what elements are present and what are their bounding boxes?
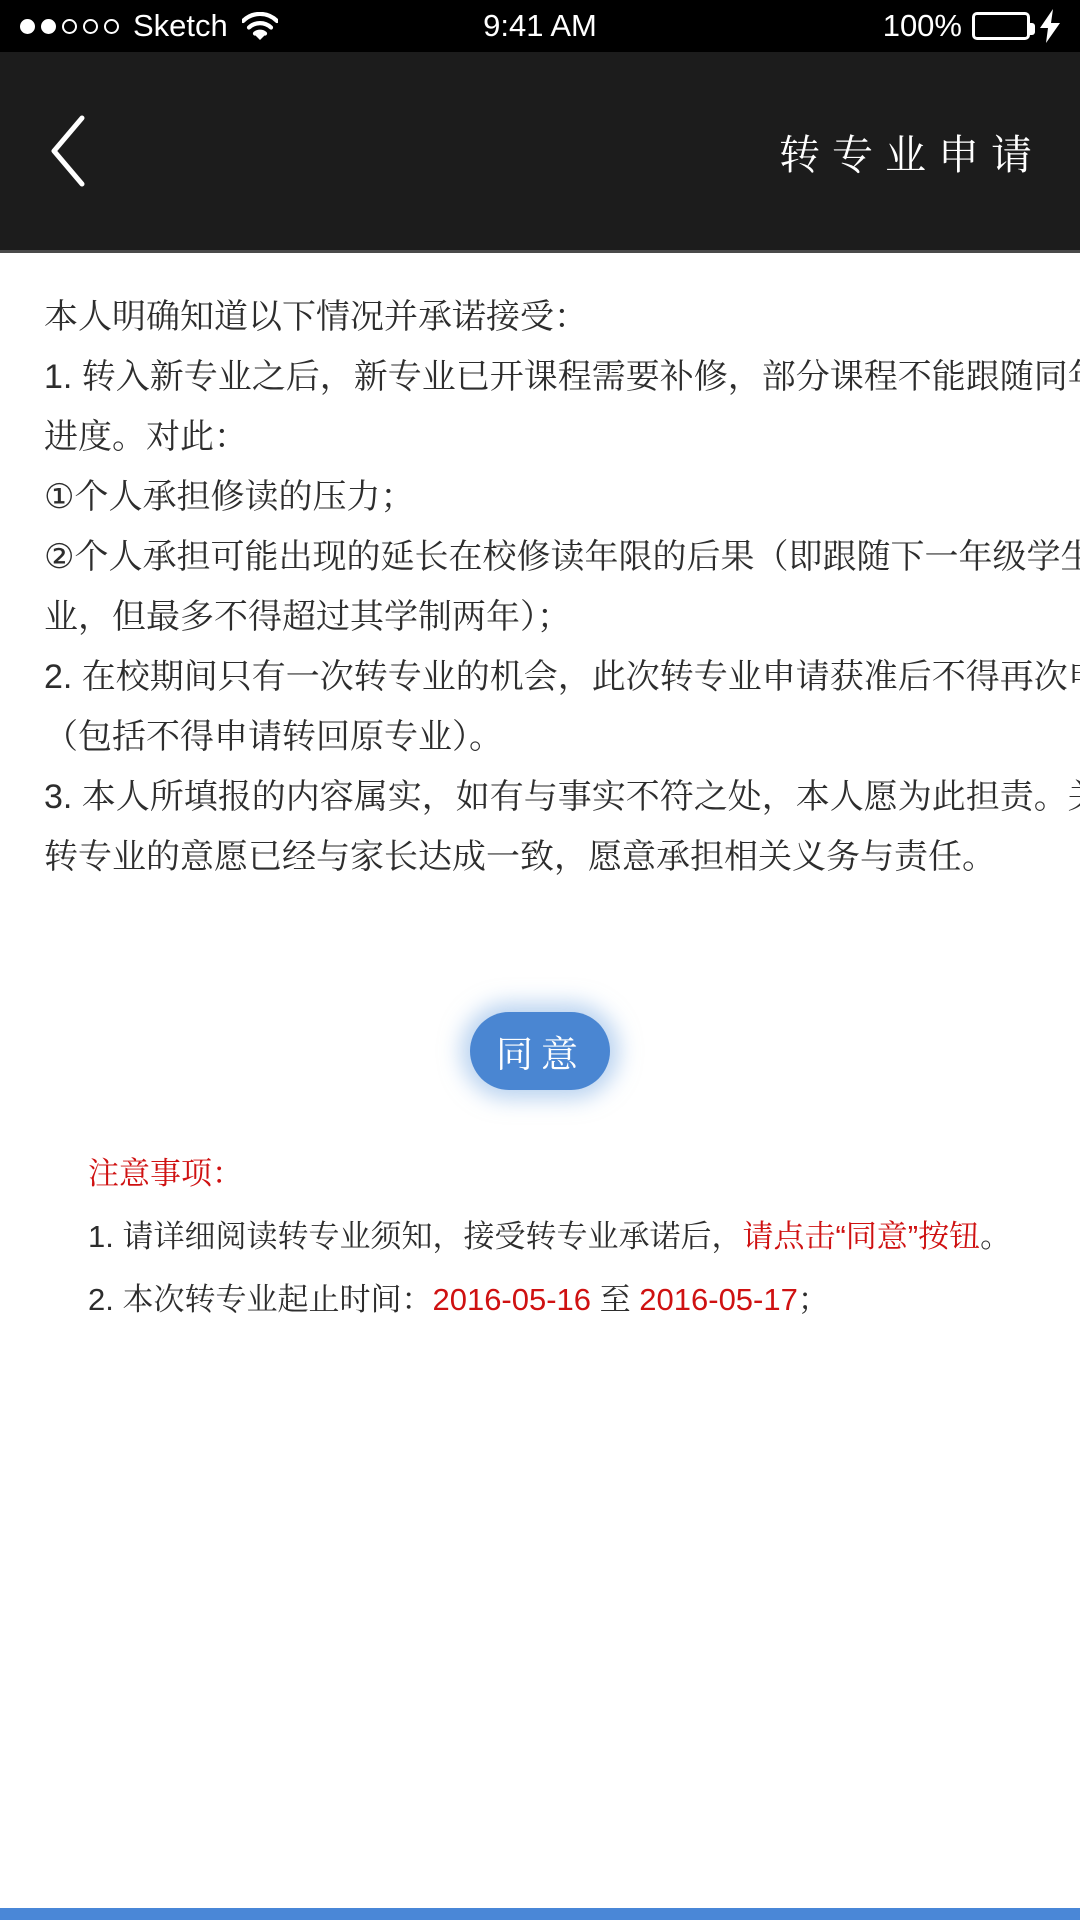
notice-title: 注意事项： <box>88 1142 1040 1205</box>
back-button[interactable] <box>48 106 108 196</box>
agree-button-container: 同意 <box>0 1012 1080 1090</box>
battery-percent-label: 100% <box>883 8 962 44</box>
footer-accent-bar <box>0 1908 1080 1920</box>
notice-item-2-text: 2. 本次转专业起止时间： <box>88 1282 432 1317</box>
chevron-left-icon <box>48 114 88 188</box>
notice-item-2-end-date: 2016-05-17 <box>639 1282 798 1317</box>
charging-bolt-icon <box>1040 9 1060 43</box>
terms-line: ①个人承担修读的压力； <box>44 467 1036 527</box>
notice-item-2-semicolon: ； <box>798 1282 829 1317</box>
terms-line: 本人明确知道以下情况并承诺接受： <box>44 287 1036 347</box>
notice-item-1-text: 1. 请详细阅读转专业须知，接受转专业承诺后， <box>88 1219 742 1254</box>
terms-line: 转专业的意愿已经与家长达成一致，愿意承担相关义务与责任。 <box>44 827 1036 887</box>
terms-line: （包括不得申请转回原专业）。 <box>44 707 1036 767</box>
terms-line: 1. 转入新专业之后，新专业已开课程需要补修，部分课程不能跟随同年级 <box>44 347 1036 407</box>
terms-line: 业，但最多不得超过其学制两年）； <box>44 587 1036 647</box>
agree-button[interactable]: 同意 <box>470 1012 610 1090</box>
notice-item-2-start-date: 2016-05-16 <box>432 1282 591 1317</box>
notice-item-1-period: 。 <box>980 1219 1011 1254</box>
terms-line: 2. 在校期间只有一次转专业的机会，此次转专业申请获准后不得再次申请 <box>44 647 1036 707</box>
notice-item-2-to: 至 <box>591 1282 639 1317</box>
notice-section: 注意事项： 1. 请详细阅读转专业须知，接受转专业承诺后，请点击“同意”按钮。 … <box>88 1142 1040 1331</box>
status-bar: Sketch 9:41 AM 100% <box>0 0 1080 52</box>
terms-line: 进度。对此： <box>44 407 1036 467</box>
page-title: 转专业申请 <box>779 122 1044 181</box>
battery-icon <box>972 12 1030 40</box>
notice-item-2: 2. 本次转专业起止时间：2016-05-16 至 2016-05-17； <box>88 1268 1040 1331</box>
notice-item-1: 1. 请详细阅读转专业须知，接受转专业承诺后，请点击“同意”按钮。 <box>88 1205 1040 1268</box>
terms-line: 3. 本人所填报的内容属实，如有与事实不符之处，本人愿为此担责。关于 <box>44 767 1036 827</box>
terms-line: ②个人承担可能出现的延长在校修读年限的后果（即跟随下一年级学生毕 <box>44 527 1036 587</box>
terms-text: 本人明确知道以下情况并承诺接受： 1. 转入新专业之后，新专业已开课程需要补修，… <box>44 287 1036 887</box>
nav-header: 转专业申请 <box>0 52 1080 253</box>
notice-item-1-highlight: 请点击“同意”按钮 <box>742 1219 980 1254</box>
